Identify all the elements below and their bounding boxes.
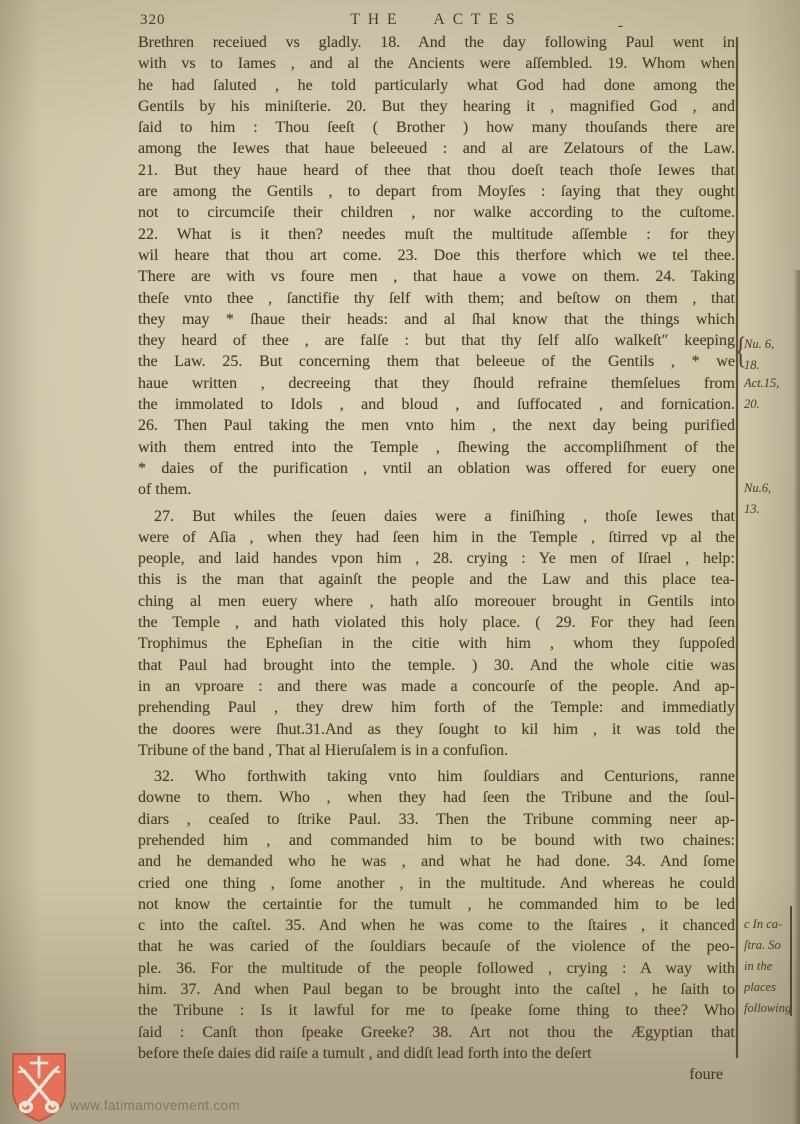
text-line: not to circumciſe their children , nor w… (138, 202, 735, 223)
text-line: and he demanded who he was , and what he… (138, 851, 735, 872)
margin-note-line: following (744, 998, 798, 1019)
text-line: he had ſaluted , he told particularly wh… (138, 75, 735, 96)
margin-note-line: 20. (744, 394, 798, 415)
text-line: cried one thing , ſome another , in the … (138, 873, 735, 894)
margin-note-line: places (744, 977, 798, 998)
text-line: c into the caſtel. 35. And when he was c… (138, 915, 735, 936)
text-line: ple. 36. For the multitude of the people… (138, 958, 735, 979)
scanned-book-page: 320 THE ACTES - Brethren receiued vs gla… (0, 0, 800, 1124)
text-line: ſaid : Canſt thon ſpeake Greeke? 38. Art… (138, 1022, 735, 1043)
text-line: the Tribune : Is it lawful for me to ſpe… (138, 1000, 735, 1021)
text-line: in an vproare : and there was made a con… (138, 676, 735, 697)
text-line: ching al men euery where , hath alſo mor… (138, 591, 735, 612)
text-line: were of Aſia , when they had ſeen him in… (138, 527, 735, 548)
text-line: not know the certaintie for the tumult ,… (138, 894, 735, 915)
margin-note: {Nu. 6,18. (744, 334, 798, 376)
watermark-url: www.fatimamovement.com (70, 1098, 240, 1113)
margin-note: c In ca-ſtra. Soin theplacesfollowing (744, 914, 798, 1019)
text-line: are among the Gentils , to depart from M… (138, 181, 735, 202)
text-line: they may * ſhaue their heads: and al ſha… (138, 309, 735, 330)
catchword: foure (138, 1066, 723, 1084)
text-line: Trophimus the Epheſian in the citie with… (138, 633, 735, 654)
fatima-movement-crest-icon (10, 1051, 68, 1124)
text-line: wil heare that thou art come. 23. Doe th… (138, 245, 735, 266)
text-line: the Law. 25. But concerning them that be… (138, 351, 735, 372)
text-line: There are with vs foure men , that haue … (138, 266, 735, 287)
margin-note-line: in the (744, 956, 798, 977)
column-rule (736, 37, 738, 1058)
text-line: 22. What is it then? needes muſt the mul… (138, 224, 735, 245)
margin-note-line: Nu.6, (744, 478, 798, 499)
margin-note: Act.15,20. (744, 373, 798, 415)
text-line: haue written , decreeing that they ſhoul… (138, 373, 735, 394)
text-line: Tribune of the band , That al Hieruſalem… (138, 740, 735, 761)
text-line: Brethren receiued vs gladly. 18. And the… (138, 32, 735, 53)
text-line: this is the man that againſt the people … (138, 569, 735, 590)
text-line: of them. (138, 479, 735, 500)
text-line: diars , ceaſed to ſtrike Paul. 33. Then … (138, 809, 735, 830)
text-line: * daies of the purification , vntil an o… (138, 458, 735, 479)
text-block: Brethren receiued vs gladly. 18. And the… (138, 32, 735, 1064)
text-line: theſe vnto thee , ſanctifie thy ſelf wit… (138, 288, 735, 309)
text-line: 27. But whiles the ſeuen daies were a fi… (138, 506, 735, 527)
margin-note-line: 13. (744, 499, 798, 520)
text-line: downe to them. Who , when they had ſeen … (138, 787, 735, 808)
text-line: the immolated to Idols , and bloud , and… (138, 394, 735, 415)
text-line: with them entred into the Temple , ſhewi… (138, 437, 735, 458)
text-line: the doores were ſhut.31.And as they ſoug… (138, 719, 735, 740)
text-line: ſaid to him : Thou ſeeſt ( Brother ) how… (138, 117, 735, 138)
margin-note: Nu.6,13. (744, 478, 798, 520)
margin-note-line: Nu. 6, (744, 334, 798, 355)
text-line: with vs to Iames , and al the Ancients w… (138, 53, 735, 74)
margin-note-line: ſtra. So (744, 935, 798, 956)
text-line: prehending Paul , they drew him forth of… (138, 697, 735, 718)
text-line: people, and laid handes vpon him , 28. c… (138, 548, 735, 569)
text-line: before theſe daies did raiſe a tumult , … (138, 1043, 735, 1064)
margin-brace: { (735, 336, 747, 369)
text-line: they heard of thee , are falſe : but tha… (138, 330, 735, 351)
text-line: Gentils by his miniſterie. 20. But they … (138, 96, 735, 117)
page-title: THE ACTES (138, 11, 735, 29)
text-line: 21. But they haue heard of thee that tho… (138, 160, 735, 181)
text-line: the Temple , and hath violated this holy… (138, 612, 735, 633)
text-line: him. 37. And when Paul began to be broug… (138, 979, 735, 1000)
text-line: 32. Who forthwith taking vnto him ſouldi… (138, 766, 735, 787)
text-line: that Paul had brought into the temple. )… (138, 655, 735, 676)
text-line: prehended him , and commanded him to be … (138, 830, 735, 851)
margin-note-line: Act.15, (744, 373, 798, 394)
text-line: among the Iewes that haue beleeued : and… (138, 138, 735, 159)
margin-note-line: c In ca- (744, 914, 798, 935)
text-line: 26. Then Paul taking the men vnto him , … (138, 415, 735, 436)
text-line: that he was caried of the ſouldiars beca… (138, 936, 735, 957)
